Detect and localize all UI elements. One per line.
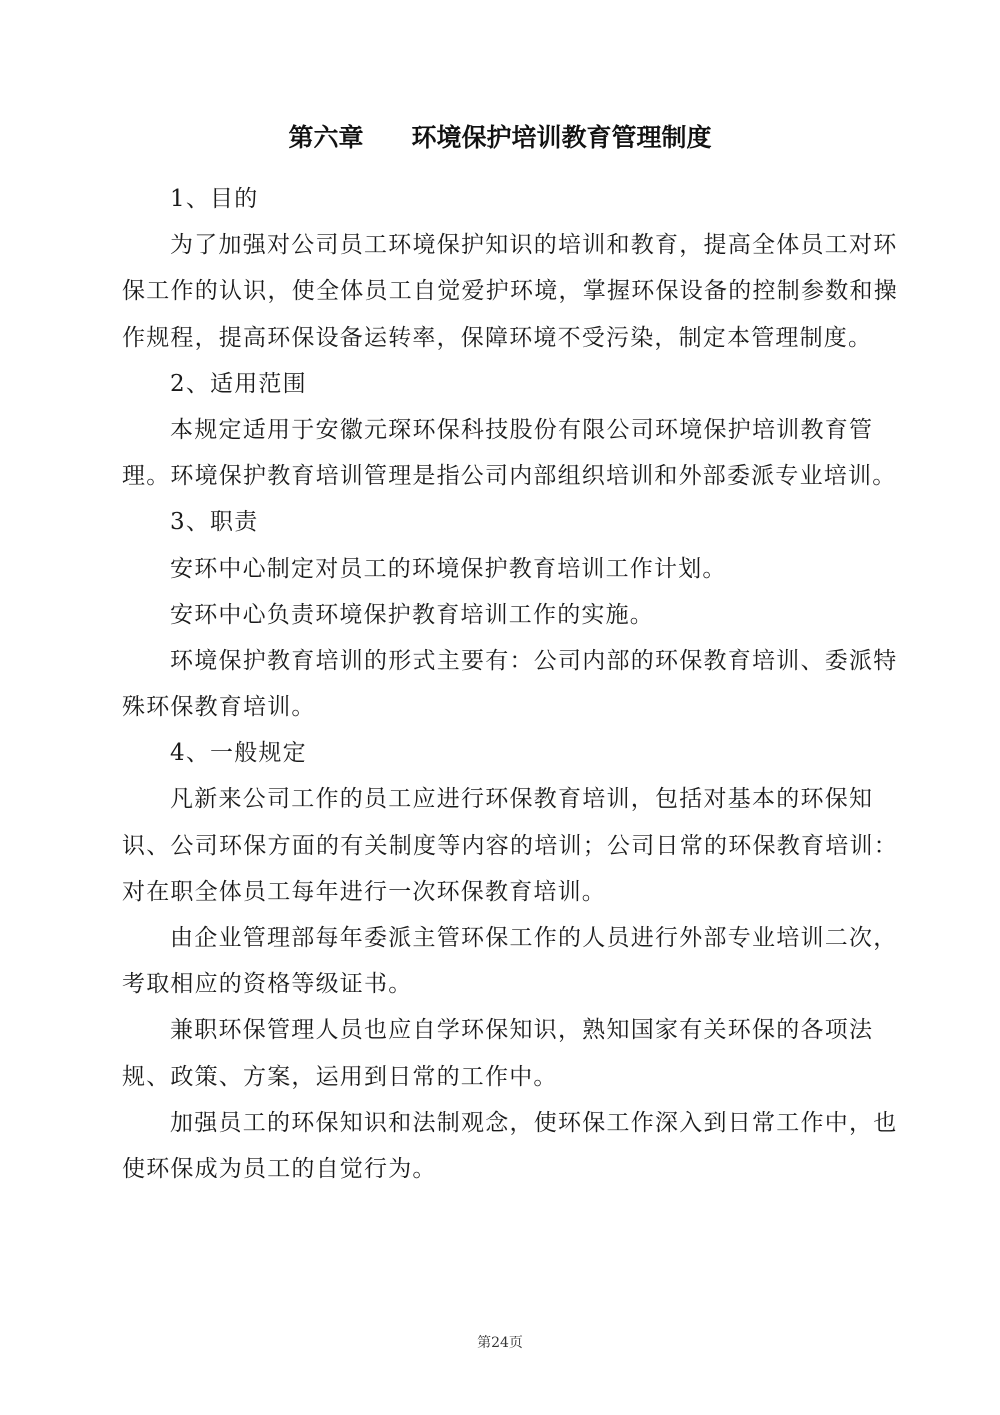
paragraph: 安环中心负责环境保护教育培训工作的实施。 <box>122 592 882 638</box>
paragraph-line: 作规程，提高环保设备运转率，保障环境不受污染，制定本管理制度。 <box>122 315 882 361</box>
section-heading: 3、职责 <box>122 499 882 545</box>
paragraph-line: 由企业管理部每年委派主管环保工作的人员进行外部专业培训二次， <box>122 915 882 961</box>
paragraph-line: 对在职全体员工每年进行一次环保教育培训。 <box>122 869 882 915</box>
paragraph-line: 识、公司环保方面的有关制度等内容的培训；公司日常的环保教育培训： <box>122 823 882 869</box>
paragraph: 加强员工的环保知识和法制观念，使环保工作深入到日常工作中，也 使环保成为员工的自… <box>122 1100 882 1192</box>
document-body: 1、目的 为了加强对公司员工环境保护知识的培训和教育，提高全体员工对环 保工作的… <box>122 176 882 1192</box>
paragraph-line: 使环保成为员工的自觉行为。 <box>122 1146 882 1192</box>
paragraph-line: 安环中心制定对员工的环境保护教育培训工作计划。 <box>122 546 882 592</box>
section-scope: 2、适用范围 本规定适用于安徽元琛环保科技股份有限公司环境保护培训教育管 理。环… <box>122 361 882 500</box>
section-purpose: 1、目的 为了加强对公司员工环境保护知识的培训和教育，提高全体员工对环 保工作的… <box>122 176 882 361</box>
paragraph: 为了加强对公司员工环境保护知识的培训和教育，提高全体员工对环 保工作的认识，使全… <box>122 222 882 361</box>
chapter-title: 第六章环境保护培训教育管理制度 <box>0 118 1000 154</box>
paragraph-line: 环境保护教育培训的形式主要有：公司内部的环保教育培训、委派特 <box>122 638 882 684</box>
section-general-rules: 4、一般规定 凡新来公司工作的员工应进行环保教育培训，包括对基本的环保知 识、公… <box>122 730 882 1192</box>
paragraph: 兼职环保管理人员也应自学环保知识，熟知国家有关环保的各项法 规、政策、方案，运用… <box>122 1007 882 1099</box>
paragraph-line: 规、政策、方案，运用到日常的工作中。 <box>122 1054 882 1100</box>
paragraph-line: 本规定适用于安徽元琛环保科技股份有限公司环境保护培训教育管 <box>122 407 882 453</box>
paragraph-line: 殊环保教育培训。 <box>122 684 882 730</box>
paragraph-line: 兼职环保管理人员也应自学环保知识，熟知国家有关环保的各项法 <box>122 1007 882 1053</box>
section-heading: 2、适用范围 <box>122 361 882 407</box>
section-responsibilities: 3、职责 安环中心制定对员工的环境保护教育培训工作计划。 安环中心负责环境保护教… <box>122 499 882 730</box>
paragraph-line: 安环中心负责环境保护教育培训工作的实施。 <box>122 592 882 638</box>
paragraph-line: 加强员工的环保知识和法制观念，使环保工作深入到日常工作中，也 <box>122 1100 882 1146</box>
paragraph-line: 考取相应的资格等级证书。 <box>122 961 882 1007</box>
paragraph: 由企业管理部每年委派主管环保工作的人员进行外部专业培训二次， 考取相应的资格等级… <box>122 915 882 1007</box>
paragraph: 环境保护教育培训的形式主要有：公司内部的环保教育培训、委派特 殊环保教育培训。 <box>122 638 882 730</box>
document-page: 第六章环境保护培训教育管理制度 1、目的 为了加强对公司员工环境保护知识的培训和… <box>0 0 1000 1415</box>
section-heading: 1、目的 <box>122 176 882 222</box>
chapter-heading: 环境保护培训教育管理制度 <box>412 123 712 152</box>
chapter-number: 第六章 <box>288 123 363 152</box>
paragraph: 本规定适用于安徽元琛环保科技股份有限公司环境保护培训教育管 理。环境保护教育培训… <box>122 407 882 499</box>
paragraph-line: 凡新来公司工作的员工应进行环保教育培训，包括对基本的环保知 <box>122 776 882 822</box>
paragraph: 安环中心制定对员工的环境保护教育培训工作计划。 <box>122 546 882 592</box>
section-heading: 4、一般规定 <box>122 730 882 776</box>
paragraph-line: 为了加强对公司员工环境保护知识的培训和教育，提高全体员工对环 <box>122 222 882 268</box>
paragraph: 凡新来公司工作的员工应进行环保教育培训，包括对基本的环保知 识、公司环保方面的有… <box>122 776 882 915</box>
page-number: 第24页 <box>0 1332 1000 1352</box>
paragraph-line: 理。环境保护教育培训管理是指公司内部组织培训和外部委派专业培训。 <box>122 453 882 499</box>
paragraph-line: 保工作的认识，使全体员工自觉爱护环境，掌握环保设备的控制参数和操 <box>122 268 882 314</box>
